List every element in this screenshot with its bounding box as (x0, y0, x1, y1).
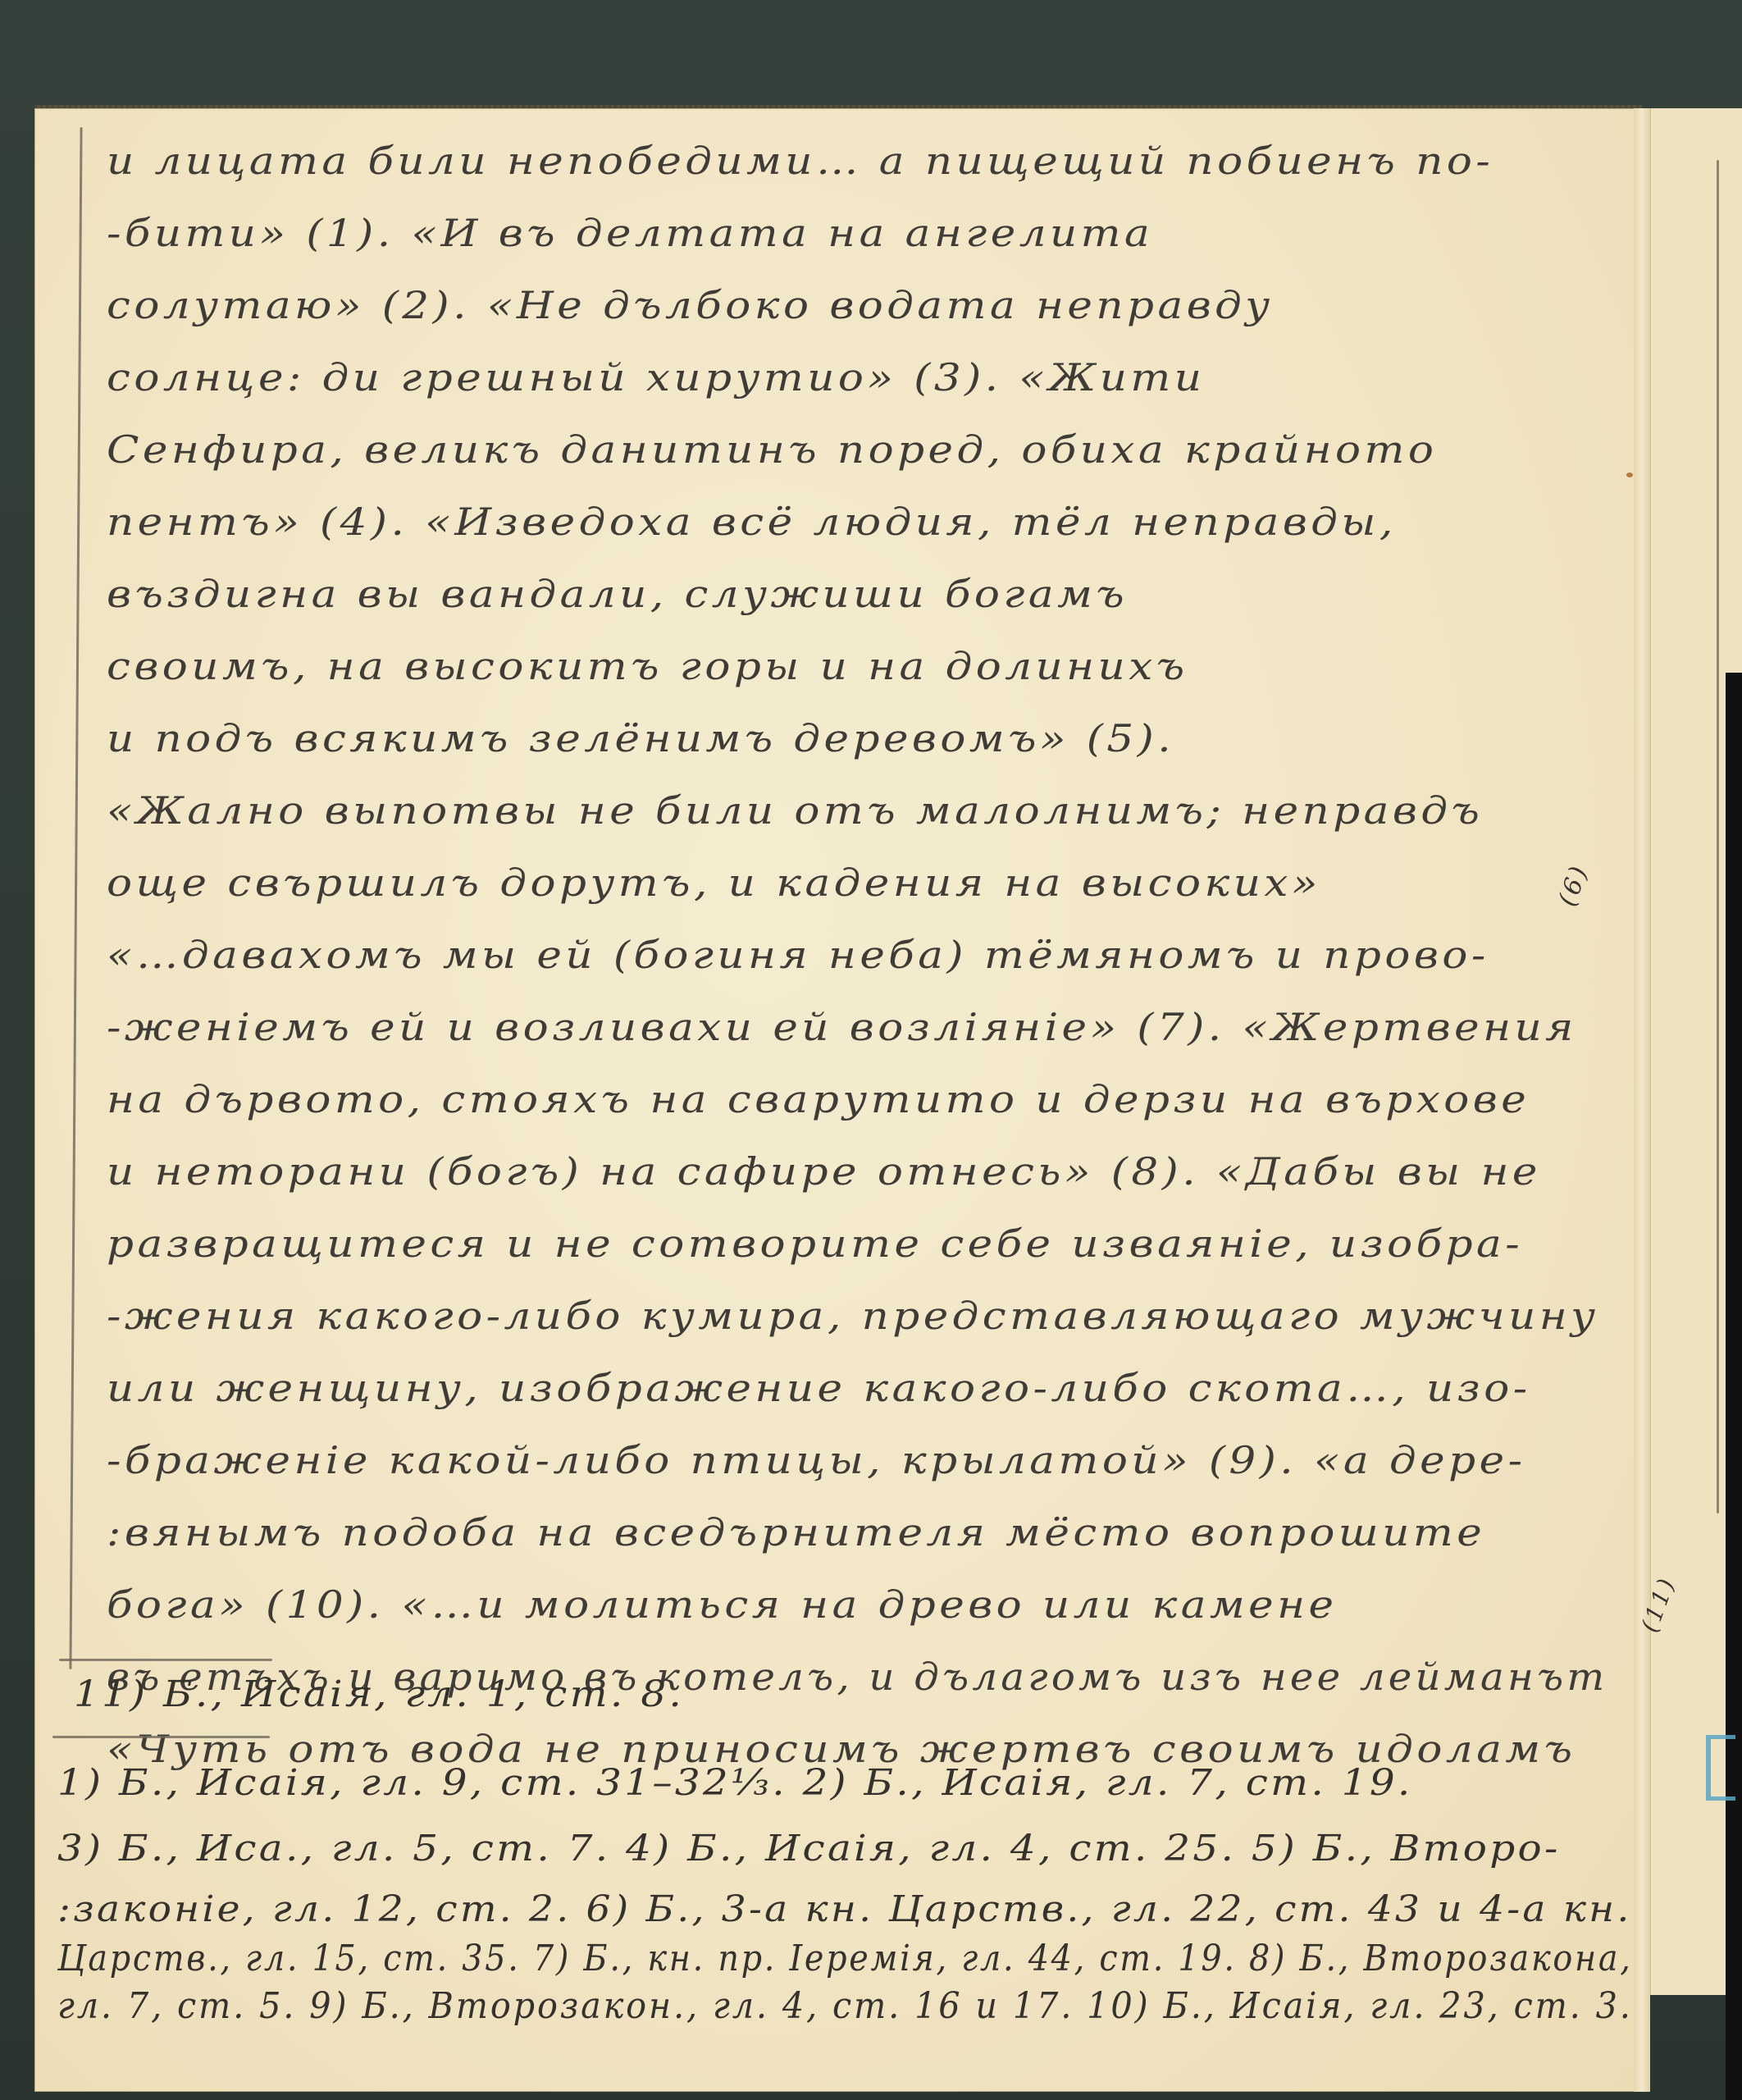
footnote-11: 11) Б., Исаія, гл. 1, ст. 8. (74, 1673, 684, 1715)
text-line: -жения какого-либо кумира, представляюща… (107, 1294, 1599, 1338)
text-line: и подъ всякимъ зелёнимъ деревомъ» (5). (107, 716, 1174, 760)
text-line: още свършилъ дорутъ, и кадения на высоки… (107, 861, 1321, 905)
text-line: въздигна вы вандали, служиши богамъ (107, 572, 1128, 616)
scan-background-right (1726, 673, 1742, 2100)
footnote-line: 3) Б., Иса., гл. 5, ст. 7. 4) Б., Исаія,… (57, 1828, 1561, 1869)
text-line: «…давахомъ мы ей (богиня неба) тёмяномъ … (107, 933, 1489, 977)
footnote-separator (52, 1736, 270, 1738)
text-line: солнце: ди грешный хирутио» (3). «Жити (107, 355, 1205, 399)
page-fold (1634, 108, 1650, 2092)
text-line: Сенфира, великъ данитинъ поред, обиха кр… (107, 427, 1437, 472)
footnote-line: Царств., гл. 15, ст. 35. 7) Б., кн. пр. … (57, 1938, 1633, 1979)
text-line: своимъ, на высокитъ горы и на долинихъ (107, 644, 1188, 688)
text-line: бога» (10). «…и молиться на древо или ка… (107, 1582, 1338, 1627)
footnote-line: :законіе, гл. 12, ст. 2. 6) Б., 3-а кн. … (57, 1888, 1632, 1930)
text-line: развращитеся и не сотворите себе изваяні… (107, 1221, 1523, 1266)
text-line: :вянымъ подоба на вседърнителя мёсто воп… (107, 1510, 1485, 1554)
text-line: и лицата били непобедими… а пищещий поби… (107, 139, 1493, 183)
text-line: «Жално выпотвы не били отъ малолнимъ; не… (107, 788, 1483, 833)
text-line: или женщину, изображение какого-либо ско… (107, 1366, 1531, 1410)
footnote-line: 1) Б., Исаія, гл. 9, ст. 31–32⅓. 2) Б., … (57, 1762, 1413, 1804)
text-line: солутаю» (2). «Не дълбоко водата неправд… (107, 283, 1274, 327)
footnote-line: гл. 7, ст. 5. 9) Б., Второзакон., гл. 4,… (57, 1985, 1633, 2027)
blue-pencil-mark (1706, 1735, 1735, 1801)
right-margin-rule (1717, 160, 1719, 1513)
text-line: -бити» (1). «И въ делтата на ангелита (107, 211, 1153, 255)
paper-stain (1626, 472, 1633, 477)
text-line: пентъ» (4). «Изведоха всё людия, тёл неп… (107, 500, 1397, 544)
text-line: -браженіе какой-либо птицы, крылатой» (9… (107, 1438, 1525, 1482)
text-line: и неторани (богъ) на сафире отнесь» (8).… (107, 1149, 1541, 1194)
text-line: -женіемъ ей и возливахи ей возліяніе» (7… (107, 1005, 1577, 1049)
footnote-separator-top (59, 1659, 272, 1661)
text-line: на дървото, стояхъ на сварутито и дерзи … (107, 1077, 1530, 1121)
